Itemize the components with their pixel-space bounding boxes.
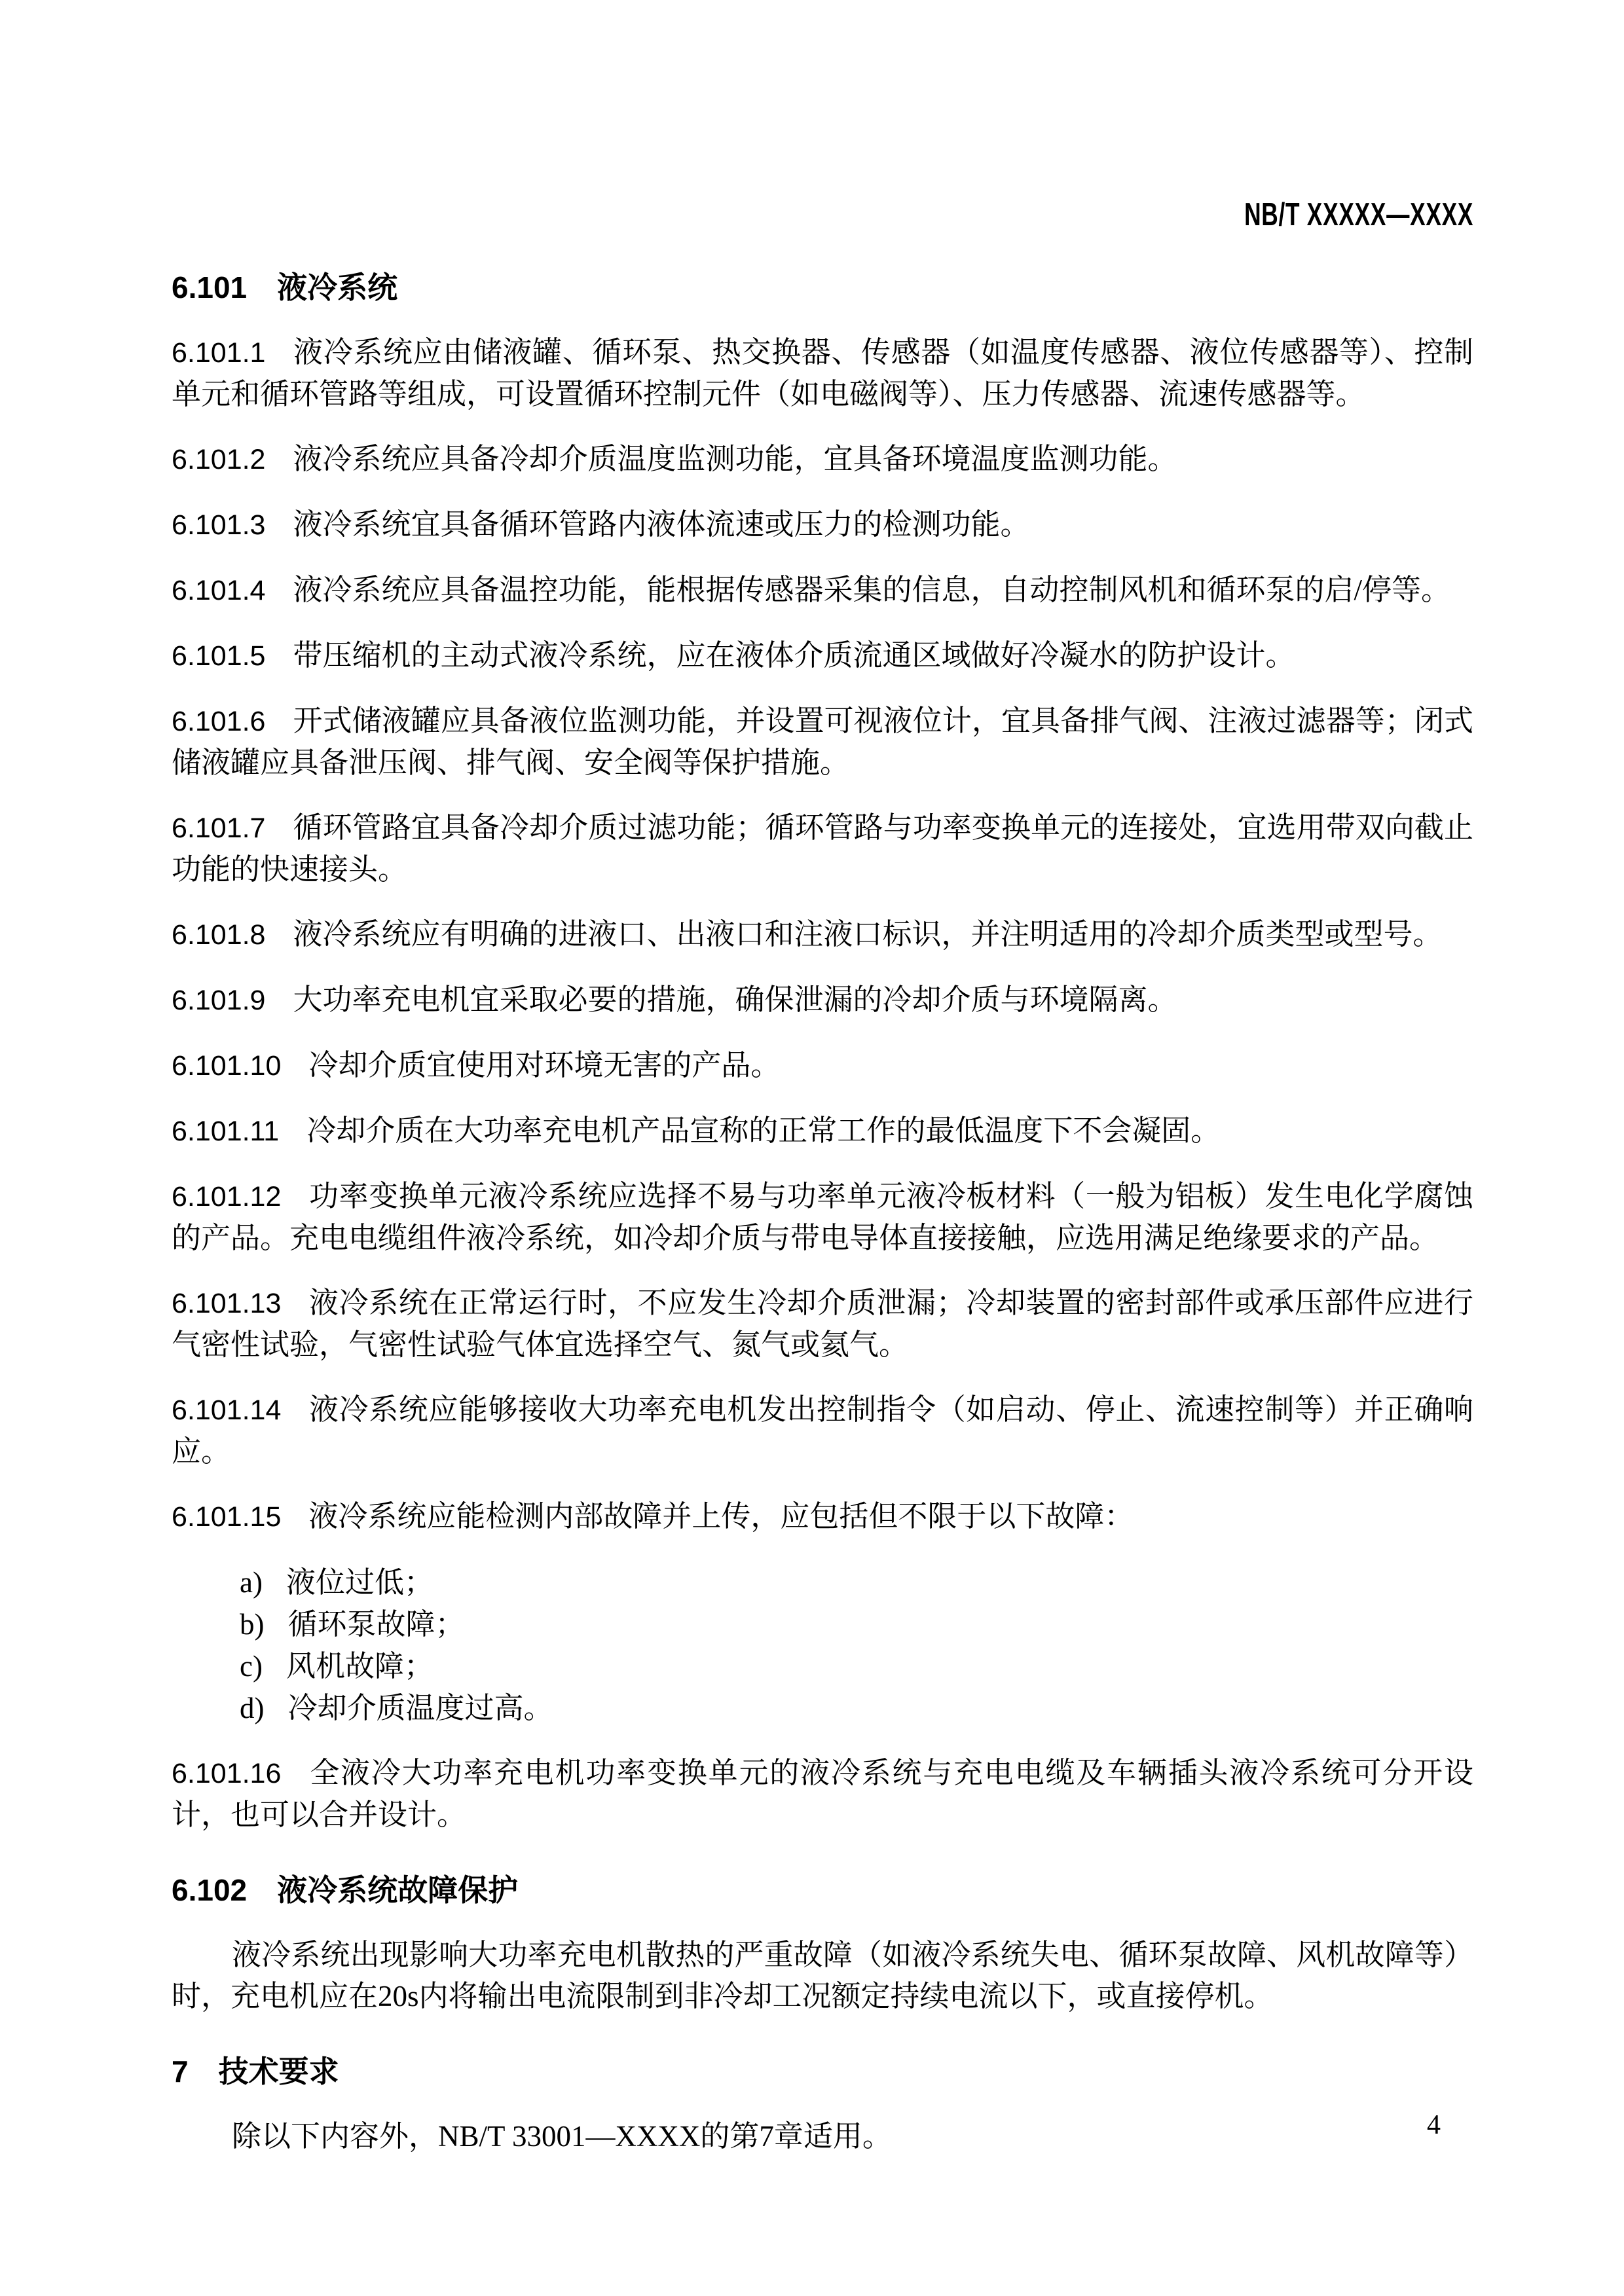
section-6-102-body: 液冷系统出现影响大功率充电机散热的严重故障（如液冷系统失电、循环泵故障、风机故障… [172,1935,1473,2017]
section-number: 7 [172,2054,189,2088]
clause-text: 开式储液罐应具备液位监测功能，并设置可视液位计，宜具备排气阀、注液过滤器等；闭式… [172,704,1473,779]
section-title: 液冷系统故障保护 [277,1873,518,1907]
clause-text: 液冷系统应有明确的进液口、出液口和注液口标识，并注明适用的冷却介质类型或型号。 [293,918,1442,951]
clause-number: 6.101.14 [172,1394,281,1426]
clause-text: 液冷系统应能够接收大功率充电机发出控制指令（如启动、停止、流速控制等）并正确响应… [172,1393,1473,1468]
clause-paragraph-6-101-4: 6.101.4液冷系统应具备温控功能，能根据传感器采集的信息，自动控制风机和循环… [172,570,1473,611]
page-content: NB/T XXXXX—XXXX 6.101液冷系统 6.101.1液冷系统应由储… [0,0,1624,2157]
clause-number: 6.101.2 [172,444,265,475]
clause-paragraph-6-101-5: 6.101.5带压缩机的主动式液冷系统，应在液体介质流通区域做好冷凝水的防护设计… [172,635,1473,677]
clause-text: 液冷系统宜具备循环管路内液体流速或压力的检测功能。 [293,508,1029,541]
section-number: 6.101 [172,270,247,304]
clause-number: 6.101.15 [172,1501,281,1533]
fault-item-label: d) [240,1692,265,1724]
clause-text: 带压缩机的主动式液冷系统，应在液体介质流通区域做好冷凝水的防护设计。 [293,639,1295,672]
clause-text: 冷却介质宜使用对环境无害的产品。 [308,1049,780,1082]
clause-paragraph-6-101-15: 6.101.15液冷系统应能检测内部故障并上传，应包括但不限于以下故障： [172,1496,1473,1538]
fault-item-text: 风机故障； [286,1650,434,1683]
clause-text: 液冷系统应具备温控功能，能根据传感器采集的信息，自动控制风机和循环泵的启/停等。 [293,574,1450,606]
clause-text: 冷却介质在大功率充电机产品宣称的正常工作的最低温度下不会凝固。 [306,1114,1220,1147]
section-7-body: 除以下内容外，NB/T 33001—XXXX的第7章适用。 [172,2116,1473,2157]
section-number: 6.102 [172,1873,247,1907]
doc-code: NB/T XXXXX—XXXX [1244,196,1473,233]
fault-item-text: 循环泵故障； [288,1608,465,1641]
clause-number: 6.101.11 [172,1116,279,1147]
document-page: NB/T XXXXX—XXXX 6.101液冷系统 6.101.1液冷系统应由储… [0,0,1624,2296]
clause-paragraph-6-101-6: 6.101.6开式储液罐应具备液位监测功能，并设置可视液位计，宜具备排气阀、注液… [172,701,1473,784]
clause-number: 6.101.8 [172,919,265,951]
clause-paragraph-6-101-14: 6.101.14液冷系统应能够接收大功率充电机发出控制指令（如启动、停止、流速控… [172,1389,1473,1472]
fault-item-text: 冷却介质温度过高。 [288,1692,553,1724]
clause-number: 6.101.6 [172,706,265,737]
section-title: 液冷系统 [277,270,397,304]
fault-list-item-b: b)循环泵故障； [240,1603,1473,1645]
doc-header: NB/T XXXXX—XXXX [172,0,1473,233]
section-heading-6-101: 6.101液冷系统 [172,267,1473,308]
clause-number: 6.101.3 [172,509,265,541]
clause-text: 功率变换单元液冷系统应选择不易与功率单元液冷板材料（一般为铝板）发生电化学腐蚀的… [172,1180,1473,1254]
fault-list-item-a: a)液位过低； [240,1561,1473,1603]
clause-paragraph-6-101-16: 6.101.16全液冷大功率充电机功率变换单元的液冷系统与充电电缆及车辆插头液冷… [172,1753,1473,1836]
clause-text: 液冷系统应由储液罐、循环泵、热交换器、传感器（如温度传感器、液位传感器等）、控制… [172,336,1473,410]
fault-list: a)液位过低； b)循环泵故障； c)风机故障； d)冷却介质温度过高。 [172,1561,1473,1729]
clause-number: 6.101.1 [172,337,265,369]
clause-text: 液冷系统应能检测内部故障并上传，应包括但不限于以下故障： [308,1500,1134,1533]
clause-paragraph-6-101-3: 6.101.3液冷系统宜具备循环管路内液体流速或压力的检测功能。 [172,504,1473,546]
page-number: 4 [1427,2109,1441,2141]
clause-paragraph-6-101-8: 6.101.8液冷系统应有明确的进液口、出液口和注液口标识，并注明适用的冷却介质… [172,914,1473,956]
section-heading-7: 7技术要求 [172,2051,1473,2092]
clause-number: 6.101.5 [172,640,265,672]
fault-item-label: b) [240,1608,265,1641]
clause-text: 循环管路宜具备冷却介质过滤功能；循环管路与功率变换单元的连接处，宜选用带双向截止… [172,811,1473,886]
section-heading-6-102: 6.102液冷系统故障保护 [172,1870,1473,1911]
fault-item-label: a) [240,1566,263,1599]
clause-number: 6.101.7 [172,812,265,844]
clause-paragraph-6-101-10: 6.101.10冷却介质宜使用对环境无害的产品。 [172,1045,1473,1087]
clause-paragraph-6-101-11: 6.101.11冷却介质在大功率充电机产品宣称的正常工作的最低温度下不会凝固。 [172,1110,1473,1152]
clause-number: 6.101.4 [172,575,265,606]
clause-text: 大功率充电机宜采取必要的措施，确保泄漏的冷却介质与环境隔离。 [293,983,1177,1016]
clause-text: 液冷系统应具备冷却介质温度监测功能，宜具备环境温度监测功能。 [293,443,1177,475]
clause-paragraph-6-101-12: 6.101.12功率变换单元液冷系统应选择不易与功率单元液冷板材料（一般为铝板）… [172,1176,1473,1259]
fault-list-item-c: c)风机故障； [240,1645,1473,1687]
section-title: 技术要求 [219,2054,339,2088]
clause-text: 全液冷大功率充电机功率变换单元的液冷系统与充电电缆及车辆插头液冷系统可分开设计，… [172,1757,1473,1831]
fault-item-text: 液位过低； [286,1566,434,1599]
clause-paragraph-6-101-13: 6.101.13液冷系统在正常运行时，不应发生冷却介质泄漏；冷却装置的密封部件或… [172,1283,1473,1366]
clause-number: 6.101.9 [172,985,265,1016]
clause-number: 6.101.12 [172,1181,281,1212]
fault-item-label: c) [240,1650,263,1683]
clause-paragraph-6-101-7: 6.101.7循环管路宜具备冷却介质过滤功能；循环管路与功率变换单元的连接处，宜… [172,807,1473,890]
fault-list-item-d: d)冷却介质温度过高。 [240,1687,1473,1729]
clause-paragraph-6-101-9: 6.101.9大功率充电机宜采取必要的措施，确保泄漏的冷却介质与环境隔离。 [172,979,1473,1021]
clause-paragraph-6-101-2: 6.101.2液冷系统应具备冷却介质温度监测功能，宜具备环境温度监测功能。 [172,439,1473,481]
clause-text: 液冷系统在正常运行时，不应发生冷却介质泄漏；冷却装置的密封部件或承压部件应进行气… [172,1286,1473,1361]
clause-number: 6.101.16 [172,1758,281,1789]
clause-paragraph-6-101-1: 6.101.1液冷系统应由储液罐、循环泵、热交换器、传感器（如温度传感器、液位传… [172,332,1473,415]
clause-number: 6.101.13 [172,1288,281,1319]
clause-number: 6.101.10 [172,1050,281,1082]
